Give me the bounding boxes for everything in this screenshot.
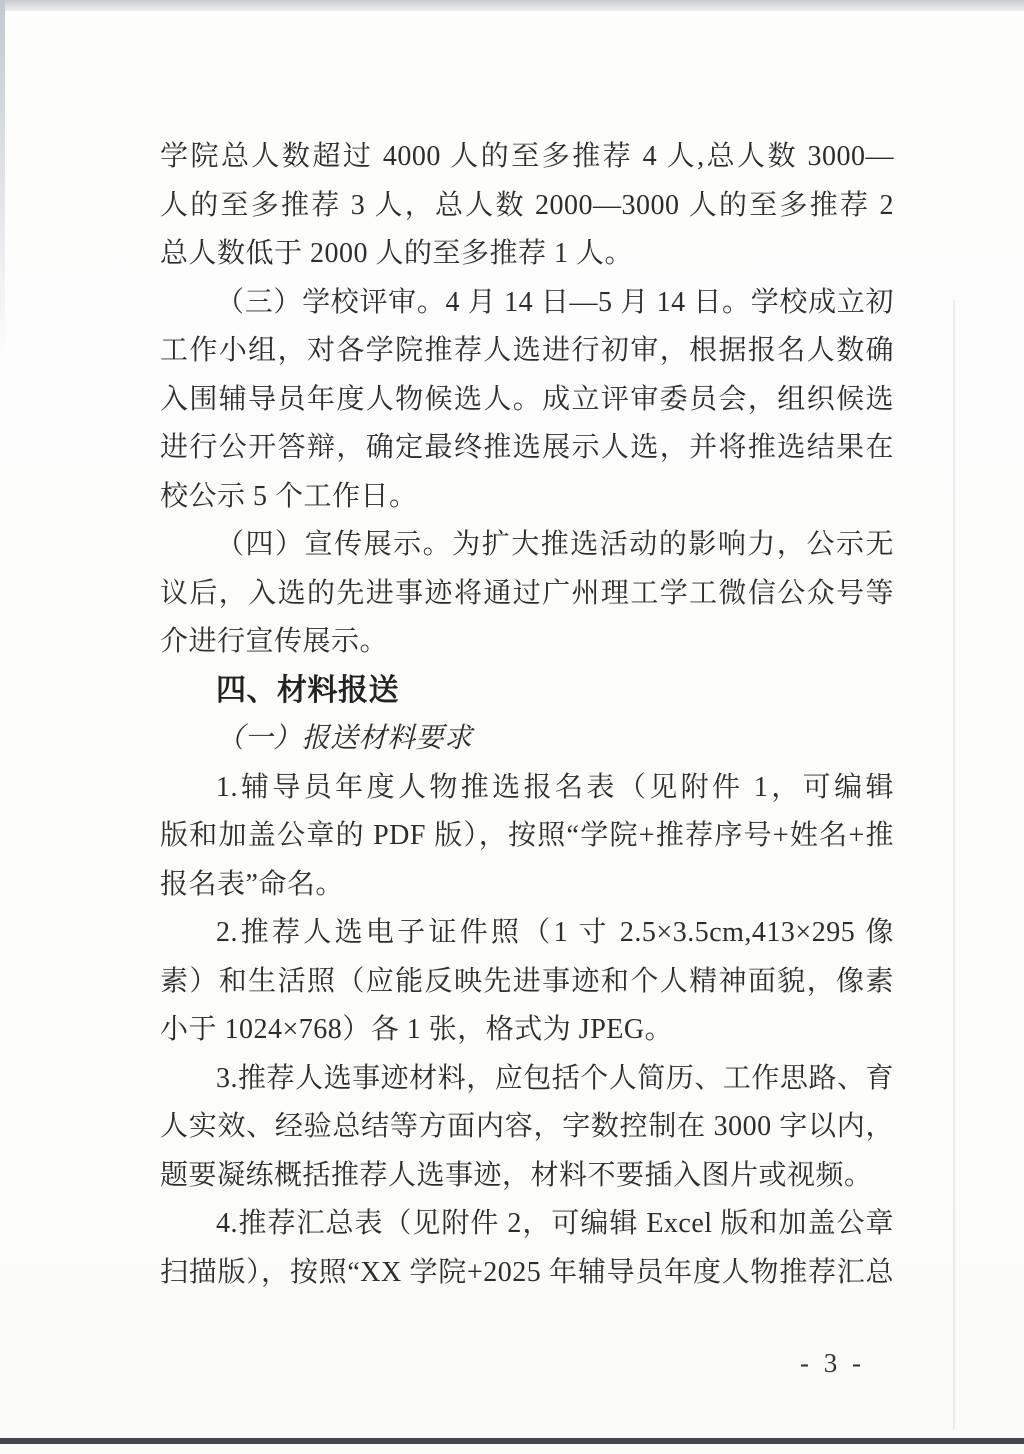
body-line: 人的至多推荐 3 人，总人数 2000—3000 人的至多推荐 2 人， — [160, 182, 894, 231]
scan-right-artifact-line — [953, 300, 955, 1430]
body-line: 进行公开答辩，确定最终推选展示人选，并将推选结果在全 — [160, 424, 894, 473]
body-line: 总人数低于 2000 人的至多推荐 1 人。 — [160, 230, 894, 279]
scan-top-edge — [0, 0, 1024, 11]
body-line: 报名表”命名。 — [160, 861, 894, 910]
body-line: （三）学校评审。4 月 14 日—5 月 14 日。学校成立初审 — [160, 279, 894, 328]
body-line: 素）和生活照（应能反映先进事迹和个人精神面貌，像素不 — [160, 958, 894, 1007]
body-line: 题要凝练概括推荐人选事迹，材料不要插入图片或视频。 — [160, 1152, 894, 1201]
body-line: 2.推荐人选电子证件照（1 寸 2.5×3.5cm,413×295 像 — [160, 909, 894, 958]
subsection-heading: （一）报送材料要求 — [160, 715, 894, 764]
body-line: 小于 1024×768）各 1 张，格式为 JPEG。 — [160, 1006, 894, 1055]
scan-bottom-edge — [0, 1438, 1024, 1444]
document-page: 学院总人数超过 4000 人的至多推荐 4 人,总人数 3000—4000 人的… — [0, 0, 1024, 1454]
body-line: 介进行宣传展示。 — [160, 618, 894, 667]
body-line: 4.推荐汇总表（见附件 2，可编辑 Excel 版和加盖公章的 — [160, 1200, 894, 1249]
body-line: 1.辅导员年度人物推选报名表（见附件 1，可编辑 Word — [160, 764, 894, 813]
section-heading: 四、材料报送 — [160, 667, 894, 716]
body-line: 版和加盖公章的 PDF 版），按照“学院+推荐序号+姓名+推选 — [160, 812, 894, 861]
body-line: 校公示 5 个工作日。 — [160, 473, 894, 522]
body-line: 人实效、经验总结等方面内容，字数控制在 3000 字以内，标 — [160, 1103, 894, 1152]
body-line: （四）宣传展示。为扩大推选活动的影响力，公示无异 — [160, 521, 894, 570]
body-line: 议后，入选的先进事迹将通过广州理工学工微信公众号等媒 — [160, 570, 894, 619]
body-text: 学院总人数超过 4000 人的至多推荐 4 人,总人数 3000—4000 人的… — [160, 133, 894, 1297]
page-number: - 3 - — [800, 1348, 865, 1379]
body-line: 工作小组，对各学院推荐人选进行初审，根据报名人数确定 — [160, 327, 894, 376]
scan-left-edge — [0, 0, 5, 360]
body-line: 扫描版），按照“XX 学院+2025 年辅导员年度人物推荐汇总 — [160, 1249, 894, 1298]
body-line: 学院总人数超过 4000 人的至多推荐 4 人,总人数 3000—4000 — [160, 133, 894, 182]
body-line: 3.推荐人选事迹材料，应包括个人简历、工作思路、育 — [160, 1055, 894, 1104]
body-line: 入围辅导员年度人物候选人。成立评审委员会，组织候选人 — [160, 376, 894, 425]
